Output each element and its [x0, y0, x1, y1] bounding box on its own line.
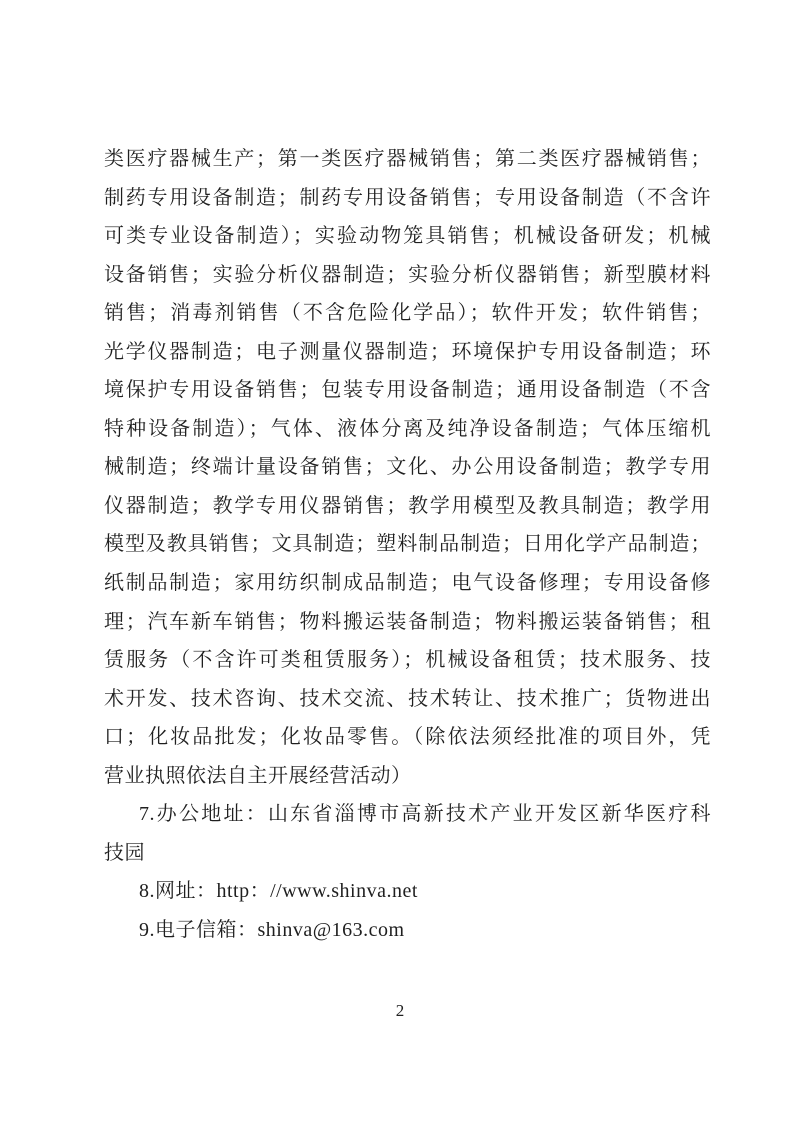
business-scope-text-block: 类医疗器械生产；第一类医疗器械销售；第二类医疗器械销售； 制药专用设备制造；制药… [104, 140, 711, 949]
text-line: 销售；消毒剂销售（不含危险化学品）；软件开发；软件销售； [104, 294, 711, 333]
text-line: 特种设备制造）；气体、液体分离及纯净设备制造；气体压缩机 [104, 410, 711, 449]
text-line: 可类专业设备制造）；实验动物笼具销售；机械设备研发；机械 [104, 217, 711, 256]
text-line: 模型及教具销售；文具制造；塑料制品制造；日用化学产品制造； [104, 525, 711, 564]
text-line: 口；化妆品批发；化妆品零售。（除依法须经批准的项目外，凭 [104, 718, 711, 757]
text-line: 光学仪器制造；电子测量仪器制造；环境保护专用设备制造；环 [104, 333, 711, 372]
text-line: 赁服务（不含许可类租赁服务）；机械设备租赁；技术服务、技 [104, 641, 711, 680]
text-line: 营业执照依法自主开展经营活动） [104, 757, 711, 796]
website-line: 8.网址：http：//www.shinva.net [104, 872, 711, 911]
text-line: 纸制品制造；家用纺织制成品制造；电气设备修理；专用设备修 [104, 564, 711, 603]
text-line: 境保护专用设备销售；包装专用设备制造；通用设备制造（不含 [104, 371, 711, 410]
office-address-line-continued: 技园 [104, 834, 711, 873]
text-line: 制药专用设备制造；制药专用设备销售；专用设备制造（不含许 [104, 179, 711, 218]
document-page: 类医疗器械生产；第一类医疗器械销售；第二类医疗器械销售； 制药专用设备制造；制药… [0, 0, 800, 1131]
text-line: 理；汽车新车销售；物料搬运装备制造；物料搬运装备销售；租 [104, 603, 711, 642]
page-number: 2 [0, 1000, 800, 1022]
text-line: 术开发、技术咨询、技术交流、技术转让、技术推广；货物进出 [104, 680, 711, 719]
office-address-line: 7.办公地址：山东省淄博市高新技术产业开发区新华医疗科 [104, 795, 711, 834]
text-line: 类医疗器械生产；第一类医疗器械销售；第二类医疗器械销售； [104, 140, 711, 179]
text-line: 仪器制造；教学专用仪器销售；教学用模型及教具制造；教学用 [104, 487, 711, 526]
text-line: 械制造；终端计量设备销售；文化、办公用设备制造；教学专用 [104, 448, 711, 487]
email-line: 9.电子信箱：shinva@163.com [104, 911, 711, 950]
text-line: 设备销售；实验分析仪器制造；实验分析仪器销售；新型膜材料 [104, 256, 711, 295]
